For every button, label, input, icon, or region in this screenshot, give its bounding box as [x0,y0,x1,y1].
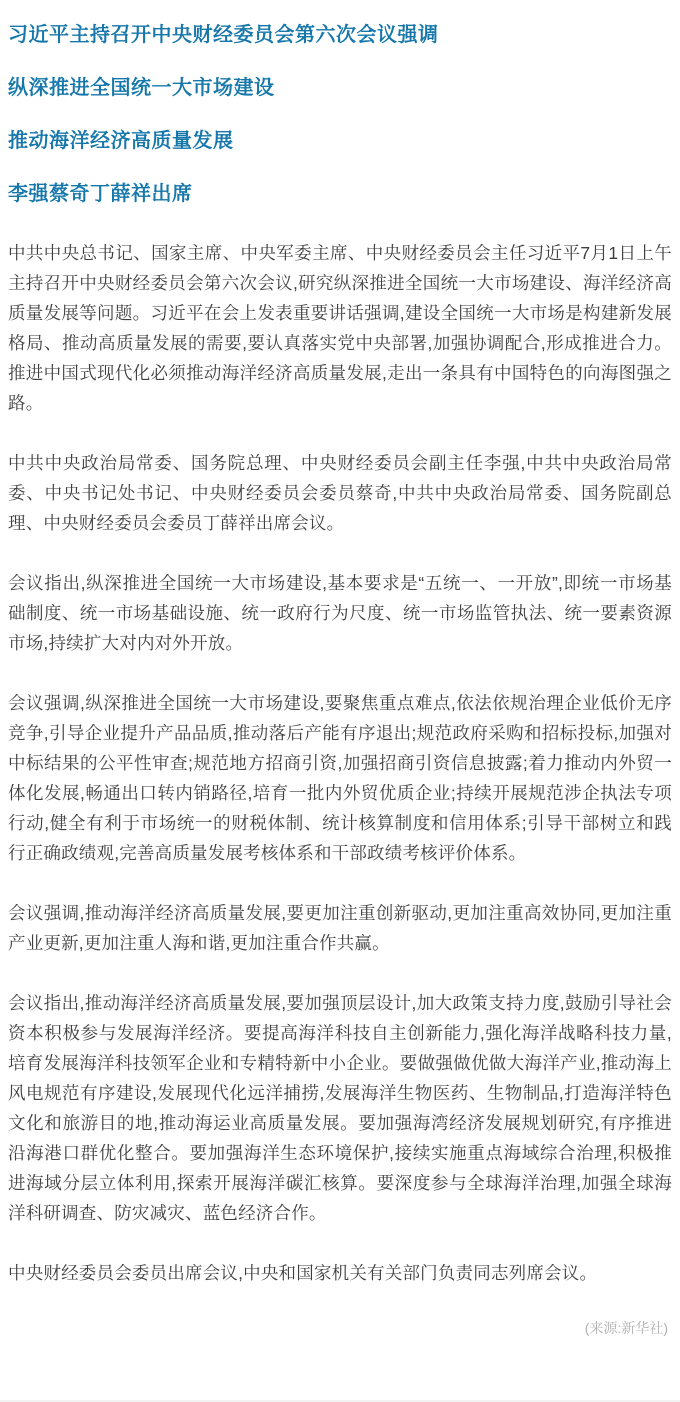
headline-line-2: 纵深推进全国统一大市场建设 [8,75,672,101]
article-page: 习近平主持召开中央财经委员会第六次会议强调 纵深推进全国统一大市场建设 推动海洋… [0,0,680,1402]
paragraph-4: 会议强调,纵深推进全国统一大市场建设,要聚焦重点难点,依法依规治理企业低价无序竞… [8,688,672,868]
paragraph-7: 中央财经委员会委员出席会议,中央和国家机关有关部门负责同志列席会议。 [8,1258,672,1288]
paragraph-5: 会议强调,推动海洋经济高质量发展,要更加注重创新驱动,更加注重高效协同,更加注重… [8,898,672,958]
paragraph-2: 中共中央政治局常委、国务院总理、中央财经委员会副主任李强,中共中央政治局常委、中… [8,448,672,538]
headline-line-4: 李强蔡奇丁薛祥出席 [8,181,672,207]
source-attribution: (来源:新华社) [8,1318,672,1338]
article-body: 中共中央总书记、国家主席、中央军委主席、中央财经委员会主任习近平7月1日上午主持… [8,238,672,1288]
paragraph-1: 中共中央总书记、国家主席、中央军委主席、中央财经委员会主任习近平7月1日上午主持… [8,238,672,418]
headline-block: 习近平主持召开中央财经委员会第六次会议强调 纵深推进全国统一大市场建设 推动海洋… [8,22,672,207]
headline-line-3: 推动海洋经济高质量发展 [8,128,672,154]
paragraph-3: 会议指出,纵深推进全国统一大市场建设,基本要求是“五统一、一开放”,即统一市场基… [8,568,672,658]
headline-line-1: 习近平主持召开中央财经委员会第六次会议强调 [8,22,672,48]
paragraph-6: 会议指出,推动海洋经济高质量发展,要加强顶层设计,加大政策支持力度,鼓励引导社会… [8,988,672,1228]
